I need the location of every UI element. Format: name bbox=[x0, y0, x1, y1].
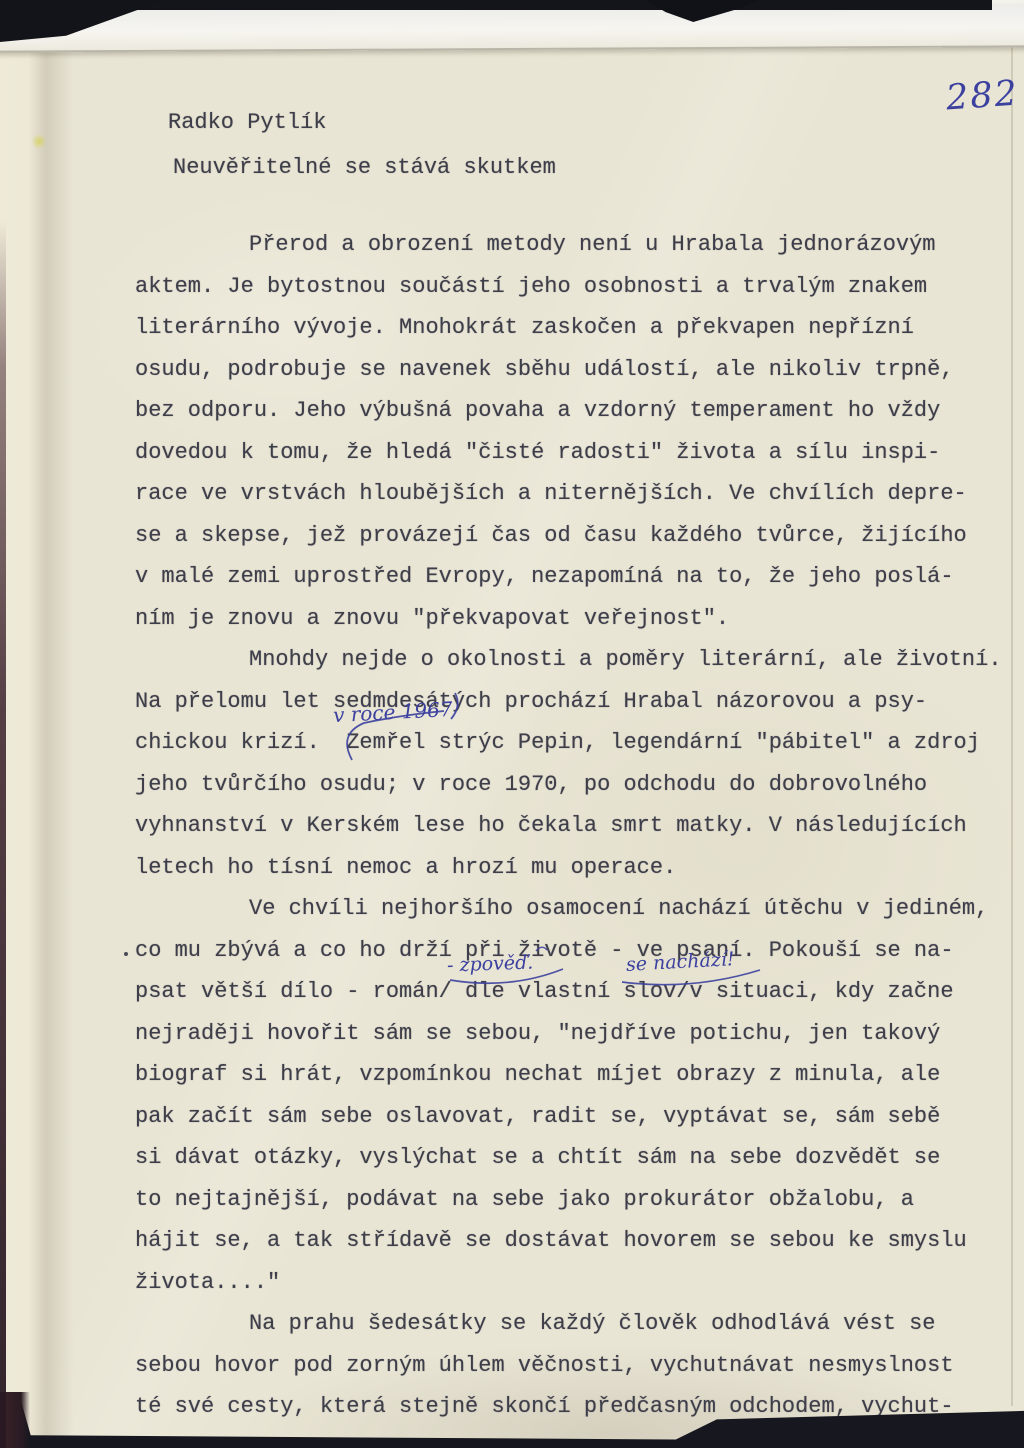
typescript-line: sebou hovor pod zorným úhlem věčnosti, v… bbox=[135, 1345, 995, 1387]
typescript-line: si dávat otázky, vyslýchat se a chtít sá… bbox=[135, 1137, 995, 1179]
typescript-line: hájit se, a tak střídavě se dostávat hov… bbox=[135, 1220, 995, 1262]
page-number-handwritten: 282 bbox=[945, 74, 1020, 119]
annotation-confession-note: - zpověď. bbox=[447, 952, 534, 977]
typescript-line: nejraději hovořit sám se sebou, "nejdřív… bbox=[135, 1013, 995, 1055]
typescript-line: letech ho tísní nemoc a hrozí mu operace… bbox=[135, 847, 995, 889]
scanned-typescript-page: { "page": { "page_number": "282", "autho… bbox=[0, 0, 1024, 1448]
typescript-line: ním je znovu a znovu "překvapovat veřejn… bbox=[135, 598, 995, 640]
title-line: Neuvěřitelné se stává skutkem bbox=[173, 147, 556, 188]
typescript-line: Mnohdy nejde o okolnosti a poměry literá… bbox=[135, 639, 995, 681]
typescript-line: psat větší dílo - román/ dle vlastní slo… bbox=[135, 971, 995, 1013]
typescript-body: Přerod a obrození metody není u Hrabala … bbox=[135, 224, 995, 1428]
typescript-line: literárního vývoje. Mnohokrát zaskočen a… bbox=[135, 307, 995, 349]
typescript-line: života...." bbox=[135, 1262, 995, 1304]
typescript-line: to nejtajnější, podávat na sebe jako pro… bbox=[135, 1179, 995, 1221]
ink-speck bbox=[124, 952, 128, 956]
typescript-line: dovedou k tomu, že hledá "čisté radosti"… bbox=[135, 432, 995, 474]
typescript-line: osudu, podrobuje se navenek sběhu událos… bbox=[135, 349, 995, 391]
typescript-line: aktem. Je bytostnou součástí jeho osobno… bbox=[135, 266, 995, 308]
typescript-line: jeho tvůrčího osudu; v roce 1970, po odc… bbox=[135, 764, 995, 806]
typescript-line: bez odporu. Jeho výbušná povaha a vzdorn… bbox=[135, 390, 995, 432]
typescript-line: vyhnanství v Kerském lese ho čekala smrt… bbox=[135, 805, 995, 847]
typescript-line: biograf si hrát, vzpomínkou nechat míjet… bbox=[135, 1054, 995, 1096]
typescript-line: Ve chvíli nejhoršího osamocení nachází ú… bbox=[135, 888, 995, 930]
typescript-line: v malé zemi uprostřed Evropy, nezapomíná… bbox=[135, 556, 995, 598]
typescript-line: Na přelomu let sedmdesátých prochází Hra… bbox=[135, 681, 995, 723]
typescript-line: race ve vrstvách hloubějších a niternějš… bbox=[135, 473, 995, 515]
paper-stain bbox=[32, 133, 46, 150]
typescript-line: se a skepse, jež provázejí čas od času k… bbox=[135, 515, 995, 557]
typescript-line: co mu zbývá a co ho drží při životě - ve… bbox=[135, 930, 995, 972]
typescript-line: Přerod a obrození metody není u Hrabala … bbox=[135, 224, 995, 266]
author-line: Radko Pytlík bbox=[168, 102, 326, 143]
scan-left-edge bbox=[0, 220, 6, 1448]
previous-page-edge bbox=[0, 4, 1024, 52]
page-right-edge bbox=[1011, 46, 1013, 1406]
typescript-line: pak začít sám sebe oslavovat, radit se, … bbox=[135, 1096, 995, 1138]
typescript-line: chickou krizí. Zemřel strýc Pepin, legen… bbox=[135, 722, 995, 764]
typescript-line: Na prahu šedesátky se každý člověk odhod… bbox=[135, 1303, 995, 1345]
